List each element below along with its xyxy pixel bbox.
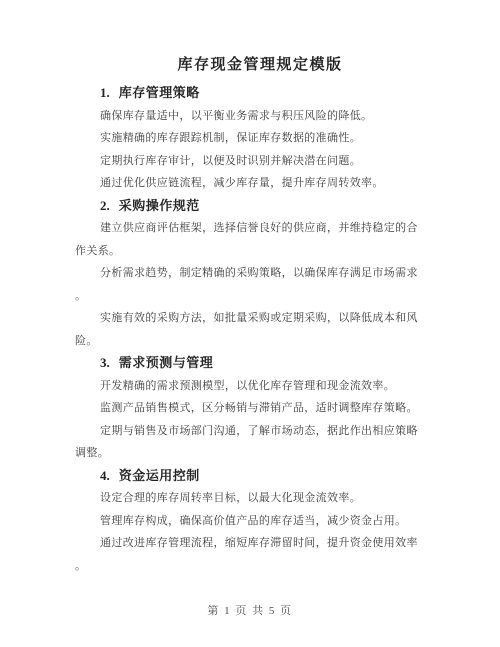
section-number: 4.	[100, 468, 110, 483]
paragraph-line: 调整。	[75, 442, 427, 465]
paragraph-line: 。	[75, 285, 427, 308]
document-page: 库存现金管理规定模版 1.库存管理策略确保库存量适中，以平衡业务需求与积压风险的…	[0, 0, 500, 647]
paragraph-line: 确保库存量适中，以平衡业务需求与积压风险的降低。	[75, 105, 427, 128]
paragraph-line: 定期与销售及市场部门沟通，了解市场动态，据此作出相应策略	[75, 420, 427, 443]
paragraph-line: 通过改进库存管理流程，缩短库存滞留时间，提升资金使用效率	[75, 532, 427, 555]
section-title: 库存管理策略	[119, 85, 200, 100]
paragraph-line: 建立供应商评估框架，选择信誉良好的供应商，并维持稳定的合	[75, 217, 427, 240]
paragraph-line: 定期执行库存审计，以便及时识别并解决潜在问题。	[75, 150, 427, 173]
paragraph-line: 监测产品销售模式，区分畅销与滞销产品，适时调整库存策略。	[75, 397, 427, 420]
section-title: 需求预测与管理	[119, 355, 214, 370]
paragraph-line: 管理库存构成，确保高价值产品的库存适当，减少资金占用。	[75, 510, 427, 533]
section-heading: 1.库存管理策略	[75, 82, 427, 105]
section-number: 2.	[100, 198, 110, 213]
section-title: 采购操作规范	[119, 198, 200, 213]
page-footer: 第 1 页 共 5 页	[0, 602, 500, 618]
section-heading: 2.采购操作规范	[75, 195, 427, 218]
section-number: 3.	[100, 355, 110, 370]
paragraph-line: 设定合理的库存周转率目标，以最大化现金流效率。	[75, 487, 427, 510]
paragraph-line: 分析需求趋势，制定精确的采购策略，以确保库存满足市场需求	[75, 262, 427, 285]
section-number: 1.	[100, 85, 110, 100]
document-body: 1.库存管理策略确保库存量适中，以平衡业务需求与积压风险的降低。实施精确的库存跟…	[75, 82, 427, 577]
document-title: 库存现金管理规定模版	[0, 0, 500, 76]
paragraph-line: 作关系。	[75, 240, 427, 263]
paragraph-line: 险。	[75, 330, 427, 353]
paragraph-line: 实施有效的采购方法，如批量采购或定期采购，以降低成本和风	[75, 307, 427, 330]
paragraph-line: 实施精确的库存跟踪机制，保证库存数据的准确性。	[75, 127, 427, 150]
section-title: 资金运用控制	[119, 468, 200, 483]
section-heading: 4.资金运用控制	[75, 465, 427, 488]
paragraph-line: 通过优化供应链流程，减少库存量，提升库存周转效率。	[75, 172, 427, 195]
section-heading: 3.需求预测与管理	[75, 352, 427, 375]
paragraph-line: 开发精确的需求预测模型，以优化库存管理和现金流效率。	[75, 375, 427, 398]
paragraph-line: 。	[75, 555, 427, 578]
